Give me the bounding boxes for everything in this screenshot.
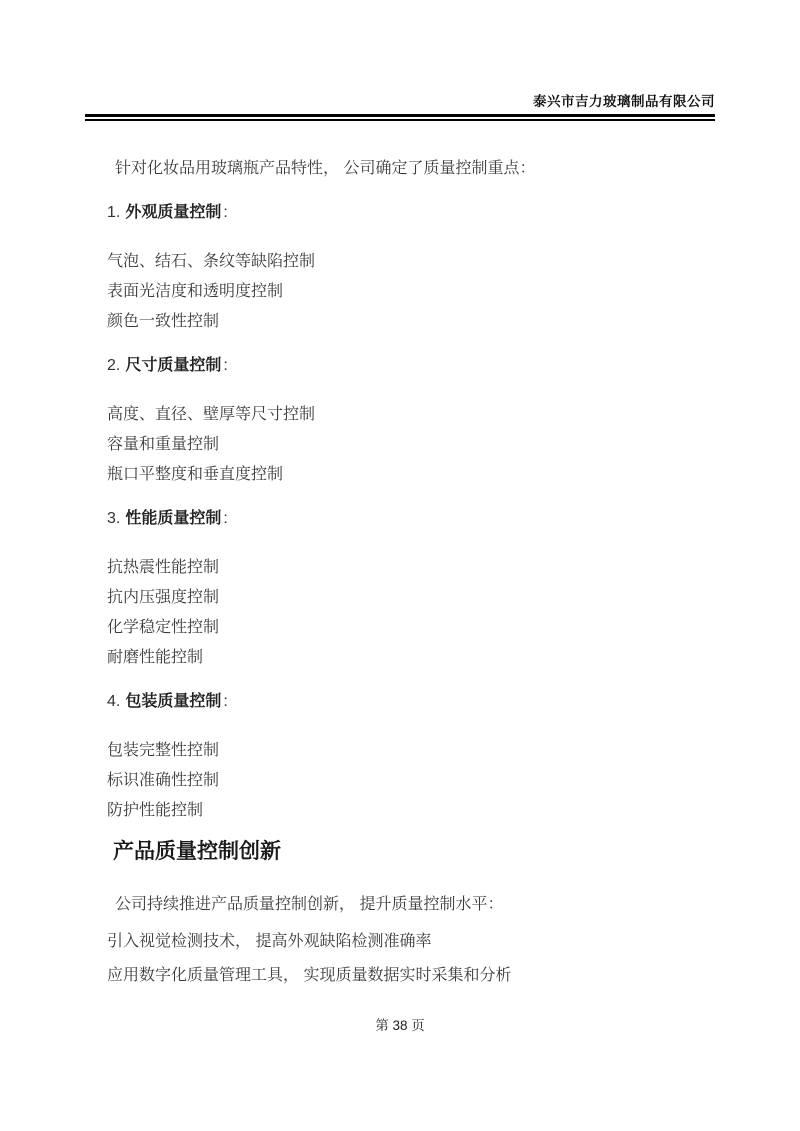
page-footer: 第 38 页 [0,1014,800,1034]
document-page: 泰兴市吉力玻璃制品有限公司 针对化妆品用玻璃瓶产品特性， 公司确定了质量控制重点… [0,0,800,1131]
section-colon: : [223,510,227,527]
section-number: 3. [107,510,120,527]
list-item: 耐磨性能控制 [107,647,697,669]
section-title: 外观质量控制 [125,204,221,221]
list-item: 容量和重量控制 [107,434,697,456]
document-body: 针对化妆品用玻璃瓶产品特性， 公司确定了质量控制重点： 1.外观质量控制: 气泡… [107,120,697,987]
list-item: 标识准确性控制 [107,770,697,792]
list-item: 化学稳定性控制 [107,617,697,639]
section-heading-3: 3.性能质量控制: [107,508,697,530]
section-title: 性能质量控制 [125,510,221,527]
list-item: 抗内压强度控制 [107,587,697,609]
section-colon: : [223,357,227,374]
list-item: 表面光洁度和透明度控制 [107,281,697,303]
section-number: 2. [107,357,120,374]
list-item: 引入视觉检测技术， 提高外观缺陷检测准确率 [107,931,697,953]
intro-paragraph: 针对化妆品用玻璃瓶产品特性， 公司确定了质量控制重点： [107,158,697,180]
section-heading-1: 1.外观质量控制: [107,202,697,224]
page-number: 第 38 页 [375,1018,425,1033]
list-item: 包装完整性控制 [107,740,697,762]
section-colon: : [223,204,227,221]
list-item: 抗热震性能控制 [107,557,697,579]
list-item: 应用数字化质量管理工具， 实现质量数据实时采集和分析 [107,965,697,987]
list-item: 瓶口平整度和垂直度控制 [107,464,697,486]
section-title: 包装质量控制 [125,693,221,710]
section-title: 尺寸质量控制 [125,357,221,374]
section-colon: : [223,693,227,710]
section-heading-4: 4.包装质量控制: [107,691,697,713]
list-item: 颜色一致性控制 [107,311,697,333]
list-item: 高度、直径、壁厚等尺寸控制 [107,404,697,426]
innovation-intro: 公司持续推进产品质量控制创新， 提升质量控制水平： [107,894,697,916]
page-header: 泰兴市吉力玻璃制品有限公司 [85,0,715,121]
header-company-name: 泰兴市吉力玻璃制品有限公司 [85,90,715,110]
section-number: 4. [107,693,120,710]
list-item: 防护性能控制 [107,800,697,822]
section-number: 1. [107,204,120,221]
section-heading-2: 2.尺寸质量控制: [107,355,697,377]
innovation-heading: 产品质量控制创新 [107,838,697,866]
list-item: 气泡、结石、条纹等缺陷控制 [107,251,697,273]
